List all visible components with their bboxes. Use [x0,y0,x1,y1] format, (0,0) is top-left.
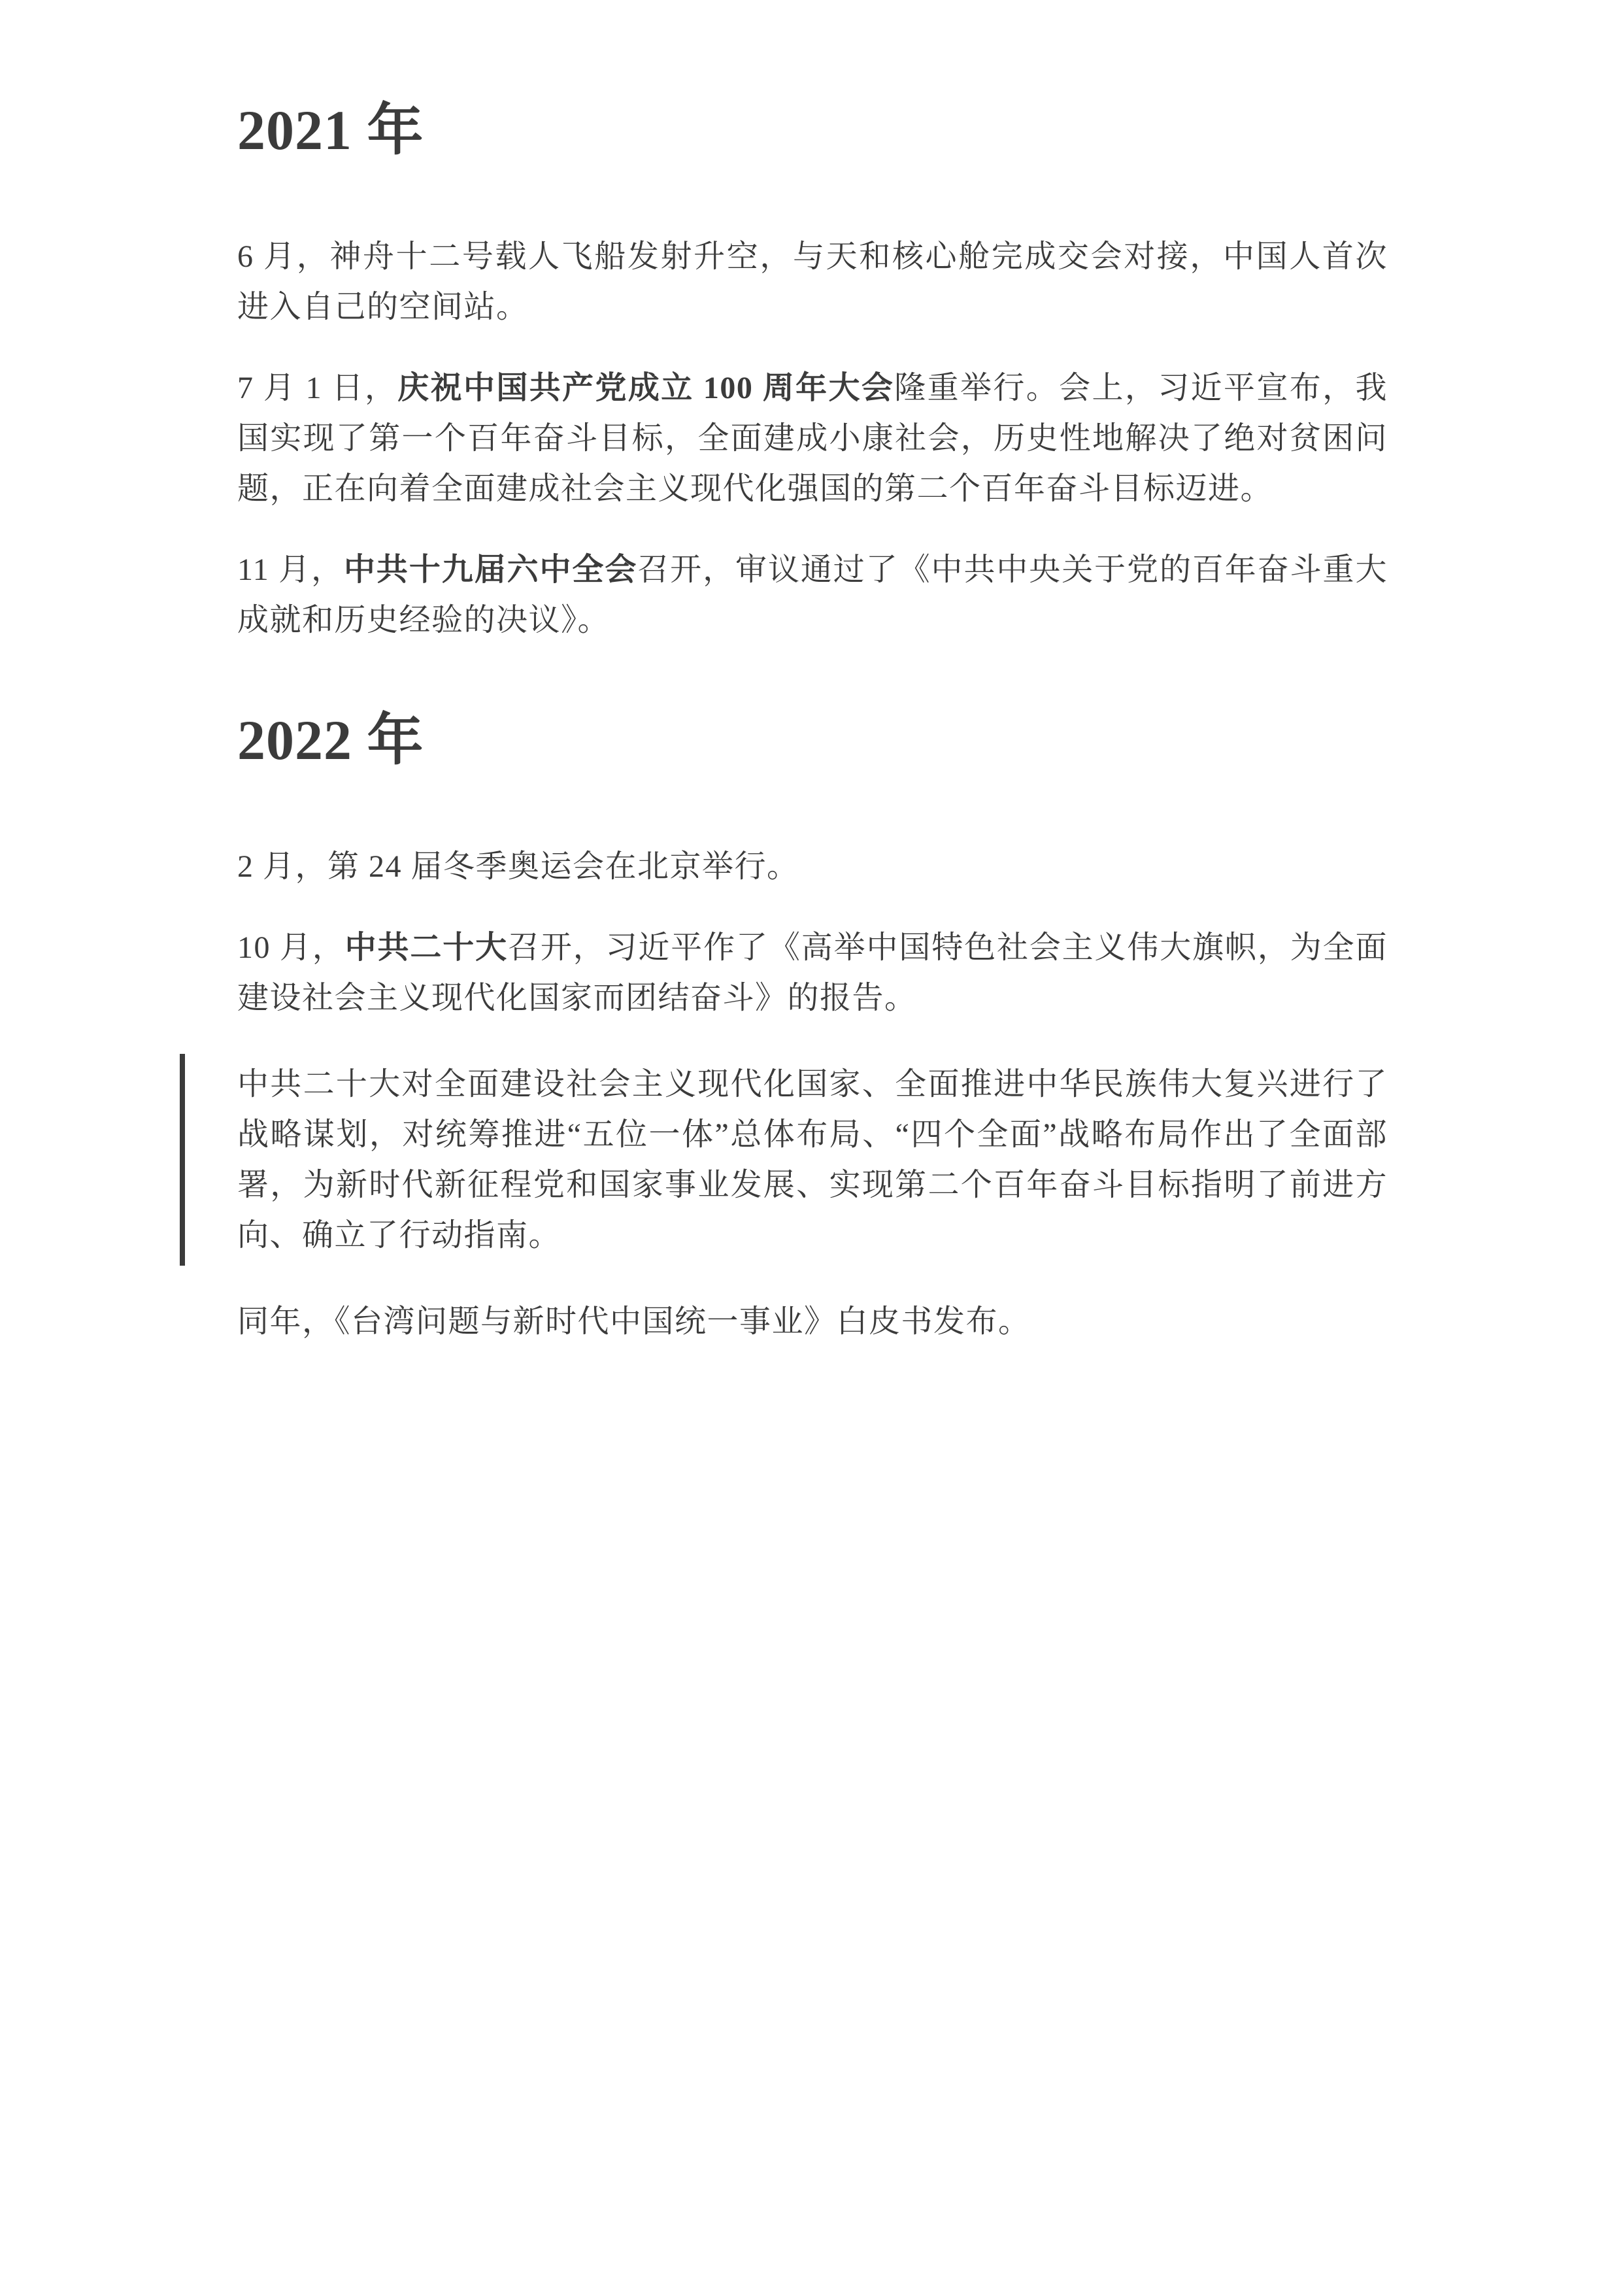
text-run: 2 月，第 24 届冬季奥运会在北京举行。 [237,849,799,884]
text-run: 中共二十大对全面建设社会主义现代化国家、全面推进中华民族伟大复兴进行了战略谋划，… [237,1067,1388,1253]
bold-text-run: 中共十九届六中全会 [344,552,637,587]
paragraph: 2 月，第 24 届冬季奥运会在北京举行。 [237,841,1388,892]
text-run: 11 月， [237,552,344,587]
text-run: 同年，《台湾问题与新时代中国统一事业》白皮书发布。 [237,1304,1031,1339]
document-page: 2021 年6 月，神舟十二号载人飞船发射升空，与天和核心舱完成交会对接，中国人… [0,0,1623,2296]
paragraph: 6 月，神舟十二号载人飞船发射升空，与天和核心舱完成交会对接，中国人首次进入自己… [237,231,1388,332]
paragraph: 7 月 1 日，庆祝中国共产党成立 100 周年大会隆重举行。会上，习近平宣布，… [237,363,1388,514]
text-run: 7 月 1 日， [237,371,397,405]
text-run: 10 月， [237,930,345,965]
bold-text-run: 庆祝中国共产党成立 100 周年大会 [397,371,894,405]
year-heading: 2022 年 [237,708,1388,773]
paragraph: 同年，《台湾问题与新时代中国统一事业》白皮书发布。 [237,1296,1388,1347]
paragraph: 10 月，中共二十大召开，习近平作了《高举中国特色社会主义伟大旗帜，为全面建设社… [237,922,1388,1023]
text-run: 6 月，神舟十二号载人飞船发射升空，与天和核心舱完成交会对接，中国人首次进入自己… [237,239,1388,324]
year-heading: 2021 年 [237,98,1388,163]
blockquote-paragraph: 中共二十大对全面建设社会主义现代化国家、全面推进中华民族伟大复兴进行了战略谋划，… [180,1054,1388,1266]
paragraph: 11 月，中共十九届六中全会召开，审议通过了《中共中央关于党的百年奋斗重大成就和… [237,545,1388,645]
bold-text-run: 中共二十大 [345,930,508,965]
